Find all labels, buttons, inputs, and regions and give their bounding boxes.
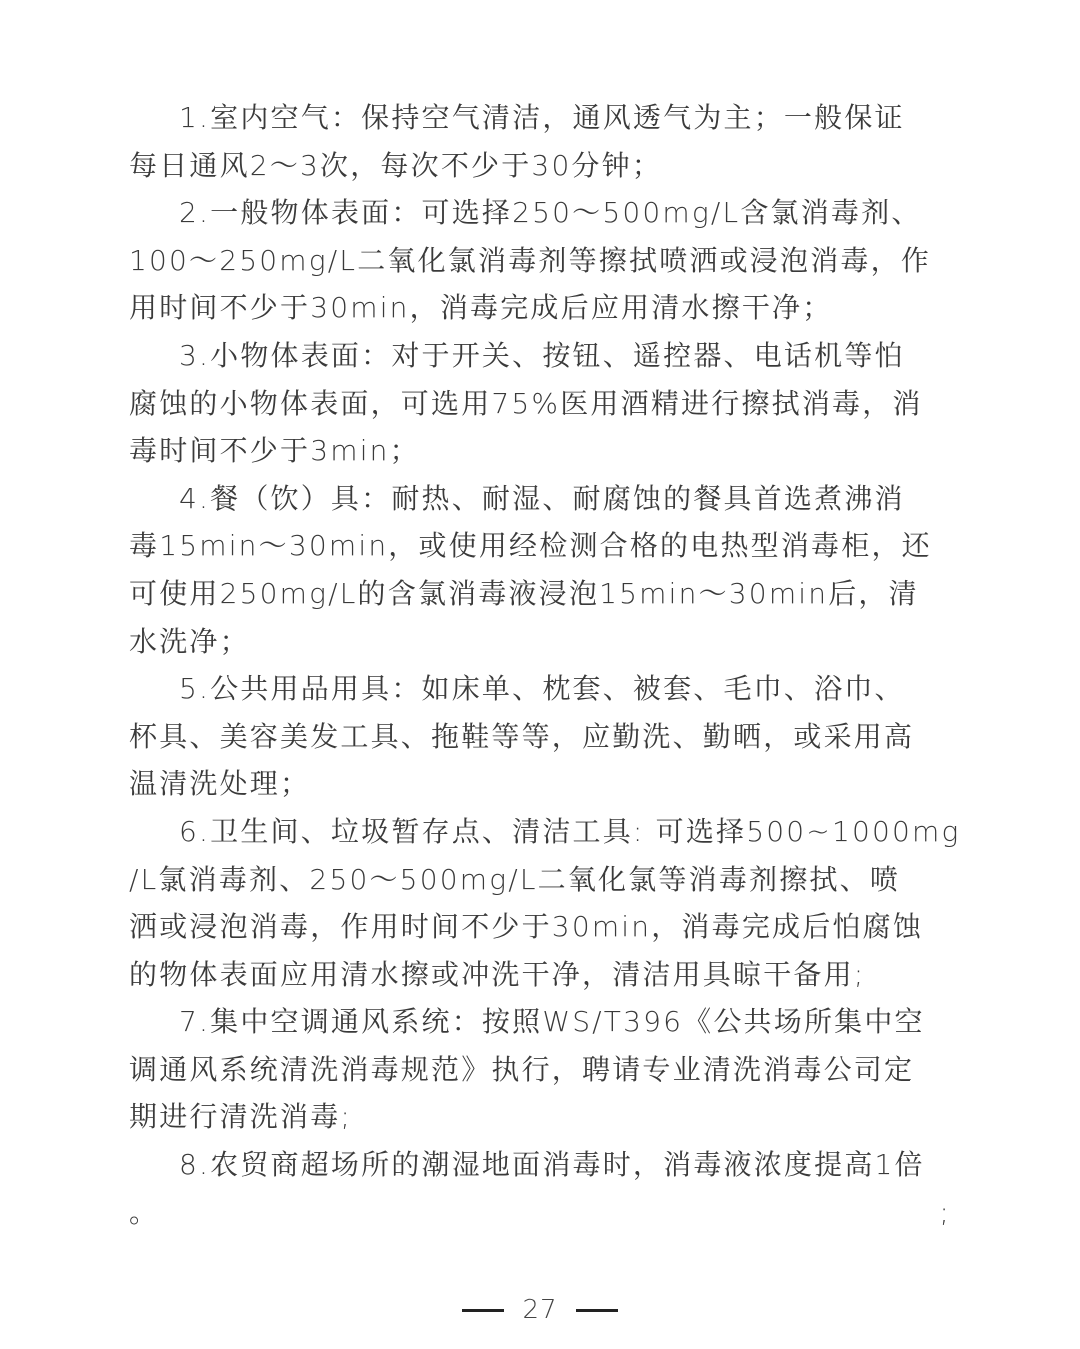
- item-6-line-4: 的物体表面应用清水擦或冲洗干净，清洁用具晾干备用;: [129, 951, 951, 999]
- item-2-line-1: 2.一般物体表面：可选择250～500mg/L含氯消毒剂、: [129, 189, 951, 237]
- page-footer: 27: [0, 1290, 1080, 1330]
- document-body: 1.室内空气：保持空气清洁，通风透气为主；一般保证 每日通风2～3次，每次不少于…: [129, 94, 951, 1236]
- item-5-line-2: 杯具、美容美发工具、拖鞋等等，应勤洗、勤晒，或采用高: [129, 713, 951, 761]
- item-5-line-3: 温清洗处理；: [129, 760, 951, 808]
- item-4-line-3: 可使用250mg/L的含氯消毒液浸泡15min～30min后，清: [129, 570, 951, 618]
- item-7-line-1: 7.集中空调通风系统：按照WS/T396《公共场所集中空: [129, 998, 951, 1046]
- item-7-line-2: 调通风系统清洗消毒规范》执行，聘请专业清洗消毒公司定: [129, 1046, 951, 1094]
- item-4-line-1: 4.餐（饮）具：耐热、耐湿、耐腐蚀的餐具首选煮沸消: [129, 475, 951, 523]
- item-8-trailing-semicolon: ;: [939, 1189, 951, 1237]
- item-2-line-3: 用时间不少于30min，消毒完成后应用清水擦干净；: [129, 284, 951, 332]
- item-3-line-1: 3.小物体表面：对于开关、按钮、遥控器、电话机等怕: [129, 332, 951, 380]
- item-6-line-1: 6.卫生间、垃圾暂存点、清洁工具: 可选择500~1000mg: [129, 808, 951, 856]
- item-1-line-2: 每日通风2～3次，每次不少于30分钟；: [129, 142, 951, 190]
- item-3-line-2: 腐蚀的小物体表面，可选用75%医用酒精进行擦拭消毒，消: [129, 380, 951, 428]
- item-8-trailing-period: 。: [129, 1189, 159, 1237]
- item-8-trailing-line: 。 ;: [129, 1189, 951, 1237]
- right-dash-decoration: [576, 1309, 618, 1312]
- page-number: 27: [522, 1295, 557, 1325]
- item-6-line-2: /L氯消毒剂、250～500mg/L二氧化氯等消毒剂擦拭、喷: [129, 856, 951, 904]
- item-6-line-3: 洒或浸泡消毒，作用时间不少于30min，消毒完成后怕腐蚀: [129, 903, 951, 951]
- left-dash-decoration: [462, 1309, 504, 1312]
- item-8-line-1: 8.农贸商超场所的潮湿地面消毒时，消毒液浓度提高1倍: [129, 1141, 951, 1189]
- item-3-line-3: 毒时间不少于3min；: [129, 427, 951, 475]
- item-5-line-1: 5.公共用品用具：如床单、枕套、被套、毛巾、浴巾、: [129, 665, 951, 713]
- item-2-line-2: 100～250mg/L二氧化氯消毒剂等擦拭喷洒或浸泡消毒，作: [129, 237, 951, 285]
- item-4-line-2: 毒15min～30min，或使用经检测合格的电热型消毒柜，还: [129, 522, 951, 570]
- item-1-line-1: 1.室内空气：保持空气清洁，通风透气为主；一般保证: [129, 94, 951, 142]
- item-4-line-4: 水洗净；: [129, 618, 951, 666]
- item-7-line-3: 期进行清洗消毒;: [129, 1093, 951, 1141]
- document-page: 1.室内空气：保持空气清洁，通风透气为主；一般保证 每日通风2～3次，每次不少于…: [0, 0, 1080, 1349]
